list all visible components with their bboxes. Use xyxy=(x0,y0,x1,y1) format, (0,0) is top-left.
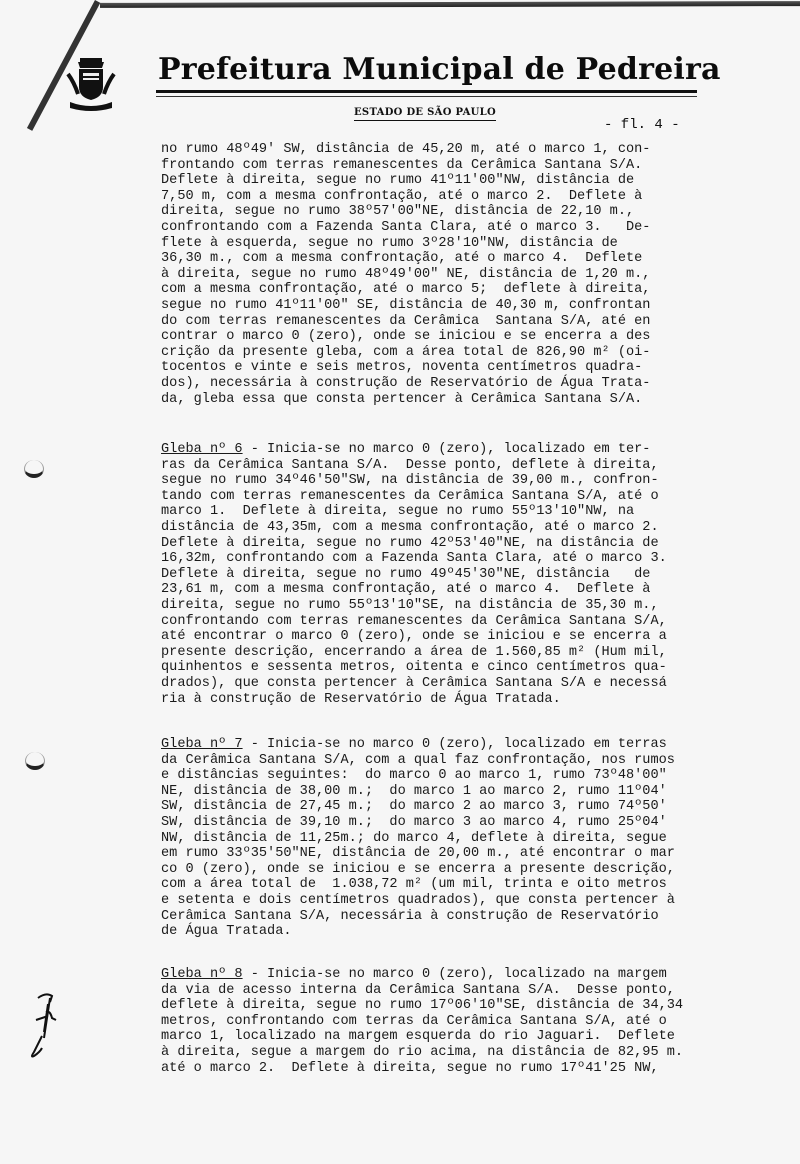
paragraph-gleba-7: Gleba nº 7 - Inicia-se no marco 0 (zero)… xyxy=(161,737,761,940)
municipal-coat-of-arms-icon xyxy=(64,56,118,112)
line-text: direita, segue no rumo 55º13'10"SE, na d… xyxy=(161,598,659,613)
gleba-heading: Gleba nº 6 xyxy=(161,442,243,457)
line-text: do com terras remanescentes da Cerâmica … xyxy=(161,314,650,329)
text-line: 16,32m, confrontando com a Fazenda Santa… xyxy=(161,551,761,567)
text-line: contrar o marco 0 (zero), onde se inicio… xyxy=(161,329,761,345)
line-text: da Cerâmica Santana S/A, com a qual faz … xyxy=(161,753,675,768)
text-line: Gleba nº 7 - Inicia-se no marco 0 (zero)… xyxy=(161,737,761,753)
line-text: flete à esquerda, segue no rumo 3º28'10"… xyxy=(161,236,618,251)
text-line: segue no rumo 34º46'50"SW, na distância … xyxy=(161,473,761,489)
state-subtitle: ESTADO DE SÃO PAULO xyxy=(354,107,496,121)
line-text: até o marco 2. Deflete à direita, segue … xyxy=(161,1061,659,1076)
punch-hole-icon xyxy=(24,460,44,478)
paragraph-gleba-6: Gleba nº 6 - Inicia-se no marco 0 (zero)… xyxy=(161,442,761,707)
line-text: Deflete à direita, segue no rumo 42º53'4… xyxy=(161,536,659,551)
text-line: ras da Cerâmica Santana S/A. Desse ponto… xyxy=(161,458,761,474)
text-line: Gleba nº 8 - Inicia-se no marco 0 (zero)… xyxy=(161,967,761,983)
text-line: direita, segue no rumo 38º57'00"NE, dist… xyxy=(161,204,761,220)
line-text: segue no rumo 34º46'50"SW, na distância … xyxy=(161,473,659,488)
text-line: tocentos e vinte e seis metros, noventa … xyxy=(161,360,761,376)
text-line: NW, distância de 11,25m.; do marco 4, de… xyxy=(161,831,761,847)
line-text: direita, segue no rumo 38º57'00"NE, dist… xyxy=(161,204,634,219)
header-rule-thick xyxy=(156,90,697,93)
text-line: metros, confrontando com terras da Cerâm… xyxy=(161,1014,761,1030)
text-line: co 0 (zero), onde se iniciou e se encerr… xyxy=(161,862,761,878)
line-text: co 0 (zero), onde se iniciou e se encerr… xyxy=(161,862,675,877)
text-line: quinhentos e sessenta metros, oitenta e … xyxy=(161,660,761,676)
text-line: e distâncias seguintes: do marco 0 ao ma… xyxy=(161,768,761,784)
line-text: ria à construção de Reservatório de Água… xyxy=(161,692,561,707)
text-line: confrontando com terras remanescentes da… xyxy=(161,614,761,630)
line-text: - Inicia-se no marco 0 (zero), localizad… xyxy=(243,442,651,457)
line-text: 7,50 m, com a mesma confrontação, até o … xyxy=(161,189,642,204)
text-line: ria à construção de Reservatório de Água… xyxy=(161,692,761,708)
line-text: contrar o marco 0 (zero), onde se inicio… xyxy=(161,329,650,344)
line-text: presente descrição, encerrando a área de… xyxy=(161,645,667,660)
line-text: e distâncias seguintes: do marco 0 ao ma… xyxy=(161,768,667,783)
text-line: Cerâmica Santana S/A, necessária à const… xyxy=(161,909,761,925)
text-line: com a área total de 1.038,72 m² (um mil,… xyxy=(161,877,761,893)
text-line: 7,50 m, com a mesma confrontação, até o … xyxy=(161,189,761,205)
line-text: em rumo 33º35'50"NE, distância de 20,00 … xyxy=(161,846,675,861)
line-text: 16,32m, confrontando com a Fazenda Santa… xyxy=(161,551,667,566)
page-number: - fl. 4 - xyxy=(604,117,680,133)
line-text: com a área total de 1.038,72 m² (um mil,… xyxy=(161,877,667,892)
line-text: SW, distância de 27,45 m.; do marco 2 ao… xyxy=(161,799,667,814)
line-text: - Inicia-se no marco 0 (zero), localizad… xyxy=(243,967,667,982)
line-text: deflete à direita, segue no rumo 17º06'1… xyxy=(161,998,683,1013)
text-line: no rumo 48º49' SW, distância de 45,20 m,… xyxy=(161,142,761,158)
line-text: até encontrar o marco 0 (zero), onde se … xyxy=(161,629,667,644)
line-text: 23,61 m, com a mesma confrontação, até o… xyxy=(161,582,650,597)
line-text: 36,30 m., com a mesma confrontação, até … xyxy=(161,251,642,266)
gleba-heading: Gleba nº 7 xyxy=(161,737,243,752)
paper-top-edge-shadow xyxy=(100,1,800,8)
punch-hole-icon xyxy=(25,752,45,770)
text-line: 36,30 m., com a mesma confrontação, até … xyxy=(161,251,761,267)
line-text: SW, distância de 39,10 m.; do marco 3 ao… xyxy=(161,815,667,830)
text-line: flete à esquerda, segue no rumo 3º28'10"… xyxy=(161,236,761,252)
line-text: frontando com terras remanescentes da Ce… xyxy=(161,158,642,173)
line-text: NW, distância de 11,25m.; do marco 4, de… xyxy=(161,831,667,846)
text-line: da, gleba essa que consta pertencer à Ce… xyxy=(161,392,761,408)
line-text: à direita, segue no rumo 48º49'00" NE, d… xyxy=(161,267,650,282)
text-line: Deflete à direita, segue no rumo 49º45'3… xyxy=(161,567,761,583)
line-text: à direita, segue a margem do rio acima, … xyxy=(161,1045,683,1060)
line-text: marco 1, localizado na margem esquerda d… xyxy=(161,1029,675,1044)
header-rule-thin xyxy=(156,96,697,97)
paragraph-continuation: no rumo 48º49' SW, distância de 45,20 m,… xyxy=(161,142,761,407)
text-line: SW, distância de 27,45 m.; do marco 2 ao… xyxy=(161,799,761,815)
text-line: Deflete à direita, segue no rumo 41º11'0… xyxy=(161,173,761,189)
text-line: da via de acesso interna da Cerâmica San… xyxy=(161,983,761,999)
line-text: ras da Cerâmica Santana S/A. Desse ponto… xyxy=(161,458,659,473)
paragraph-gleba-8: Gleba nº 8 - Inicia-se no marco 0 (zero)… xyxy=(161,967,761,1076)
line-text: da, gleba essa que consta pertencer à Ce… xyxy=(161,392,642,407)
line-text: Deflete à direita, segue no rumo 49º45'3… xyxy=(161,567,650,582)
line-text: com a mesma confrontação, até o marco 5;… xyxy=(161,282,650,297)
text-line: marco 1, localizado na margem esquerda d… xyxy=(161,1029,761,1045)
text-line: marco 1. Deflete à direita, segue no rum… xyxy=(161,504,761,520)
line-text: da via de acesso interna da Cerâmica San… xyxy=(161,983,675,998)
text-line: 23,61 m, com a mesma confrontação, até o… xyxy=(161,582,761,598)
text-line: até encontrar o marco 0 (zero), onde se … xyxy=(161,629,761,645)
line-text: quinhentos e sessenta metros, oitenta e … xyxy=(161,660,667,675)
text-line: até o marco 2. Deflete à direita, segue … xyxy=(161,1061,761,1077)
page-title: Prefeitura Municipal de Pedreira xyxy=(158,52,721,87)
text-line: dos), necessária à construção de Reserva… xyxy=(161,376,761,392)
line-text: dos), necessária à construção de Reserva… xyxy=(161,376,650,391)
line-text: crição da presente gleba, com a área tot… xyxy=(161,345,650,360)
text-line: à direita, segue a margem do rio acima, … xyxy=(161,1045,761,1061)
text-line: presente descrição, encerrando a área de… xyxy=(161,645,761,661)
text-line: distância de 43,35m, com a mesma confron… xyxy=(161,520,761,536)
text-line: Gleba nº 6 - Inicia-se no marco 0 (zero)… xyxy=(161,442,761,458)
text-line: crição da presente gleba, com a área tot… xyxy=(161,345,761,361)
line-text: - Inicia-se no marco 0 (zero), localizad… xyxy=(243,737,667,752)
line-text: confrontando com a Fazenda Santa Clara, … xyxy=(161,220,650,235)
text-line: e setenta e dois centímetros quadrados),… xyxy=(161,893,761,909)
text-line: com a mesma confrontação, até o marco 5;… xyxy=(161,282,761,298)
text-line: confrontando com a Fazenda Santa Clara, … xyxy=(161,220,761,236)
text-line: de Água Tratada. xyxy=(161,924,761,940)
line-text: distância de 43,35m, com a mesma confron… xyxy=(161,520,659,535)
text-line: em rumo 33º35'50"NE, distância de 20,00 … xyxy=(161,846,761,862)
line-text: Deflete à direita, segue no rumo 41º11'0… xyxy=(161,173,634,188)
handwritten-initials-icon xyxy=(26,990,66,1060)
line-text: de Água Tratada. xyxy=(161,924,292,939)
text-line: direita, segue no rumo 55º13'10"SE, na d… xyxy=(161,598,761,614)
line-text: e setenta e dois centímetros quadrados),… xyxy=(161,893,675,908)
line-text: NE, distância de 38,00 m.; do marco 1 ao… xyxy=(161,784,667,799)
text-line: Deflete à direita, segue no rumo 42º53'4… xyxy=(161,536,761,552)
text-line: tando com terras remanescentes da Cerâmi… xyxy=(161,489,761,505)
text-line: deflete à direita, segue no rumo 17º06'1… xyxy=(161,998,761,1014)
line-text: drados), que consta pertencer à Cerâmica… xyxy=(161,676,667,691)
line-text: tocentos e vinte e seis metros, noventa … xyxy=(161,360,642,375)
text-line: SW, distância de 39,10 m.; do marco 3 ao… xyxy=(161,815,761,831)
line-text: confrontando com terras remanescentes da… xyxy=(161,614,667,629)
line-text: tando com terras remanescentes da Cerâmi… xyxy=(161,489,659,504)
text-line: segue no rumo 41º11'00" SE, distância de… xyxy=(161,298,761,314)
text-line: da Cerâmica Santana S/A, com a qual faz … xyxy=(161,753,761,769)
text-line: do com terras remanescentes da Cerâmica … xyxy=(161,314,761,330)
gleba-heading: Gleba nº 8 xyxy=(161,967,243,982)
line-text: Cerâmica Santana S/A, necessária à const… xyxy=(161,909,659,924)
line-text: no rumo 48º49' SW, distância de 45,20 m,… xyxy=(161,142,650,157)
line-text: segue no rumo 41º11'00" SE, distância de… xyxy=(161,298,650,313)
text-line: drados), que consta pertencer à Cerâmica… xyxy=(161,676,761,692)
text-line: NE, distância de 38,00 m.; do marco 1 ao… xyxy=(161,784,761,800)
line-text: marco 1. Deflete à direita, segue no rum… xyxy=(161,504,634,519)
text-line: frontando com terras remanescentes da Ce… xyxy=(161,158,761,174)
text-line: à direita, segue no rumo 48º49'00" NE, d… xyxy=(161,267,761,283)
line-text: metros, confrontando com terras da Cerâm… xyxy=(161,1014,667,1029)
